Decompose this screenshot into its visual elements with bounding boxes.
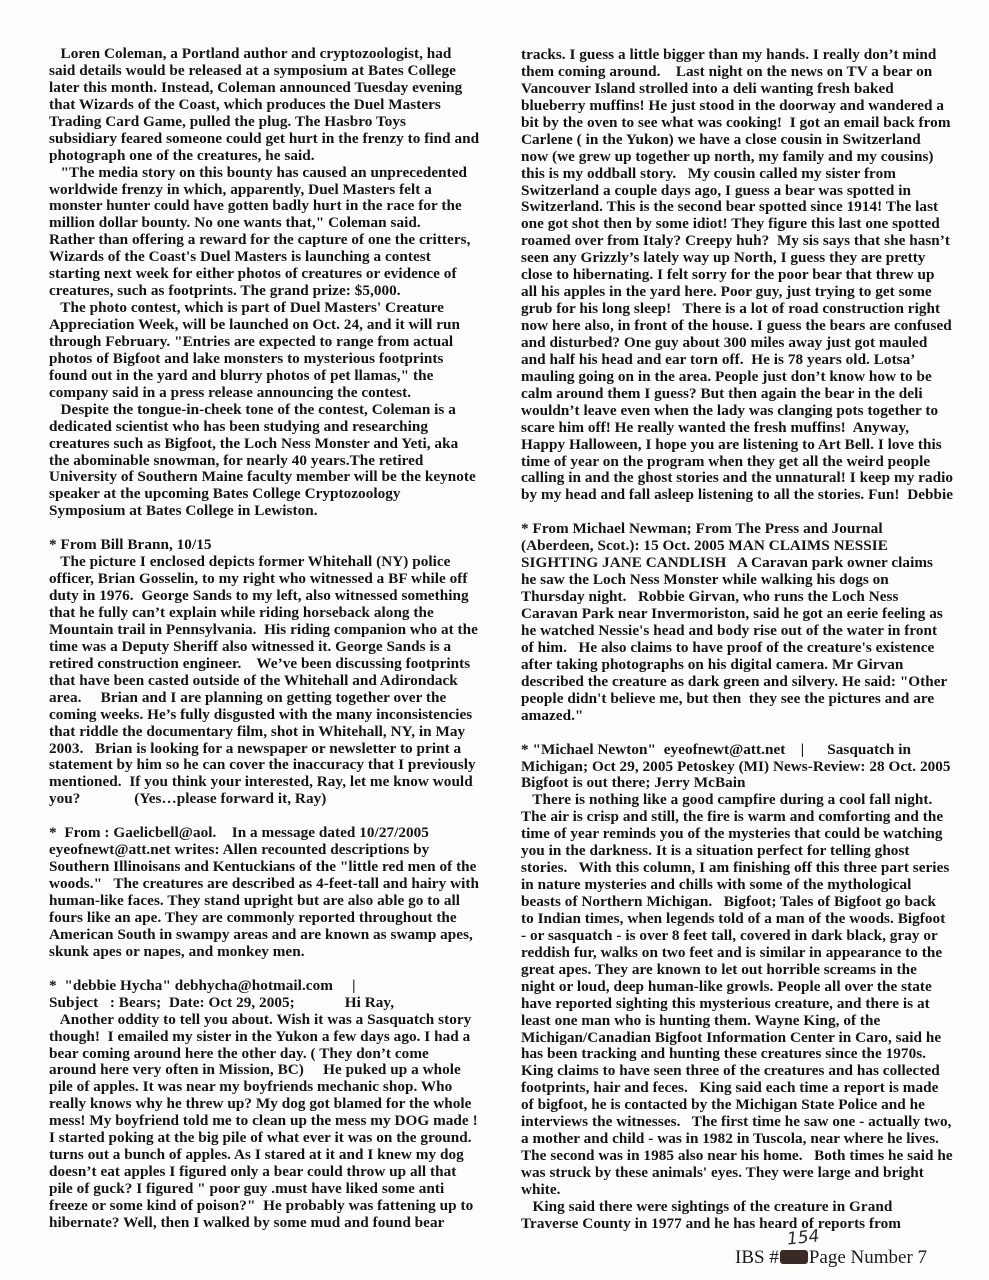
text-line: was struck by these animals' eyes. They … [521, 1165, 961, 1182]
text-line: this is my oddball story. My cousin call… [521, 166, 961, 183]
text-line: them coming around. Last night on the ne… [521, 64, 961, 81]
text-line: a mother and child - was in 1982 in Tusc… [521, 1131, 961, 1148]
text-line: around here very often in Mission, BC) H… [49, 1062, 489, 1079]
paragraph-gap [49, 961, 489, 978]
text-line: close to hibernating. I felt sorry for t… [521, 267, 961, 284]
text-line: seen any Grizzly’s lately way up North, … [521, 250, 961, 267]
right-column: tracks. I guess a little bigger than my … [521, 47, 961, 1233]
text-line: starting next week for either photos of … [49, 266, 489, 283]
text-line: amazed." [521, 708, 961, 725]
text-line: Happy Halloween, I hope you are listenin… [521, 437, 961, 454]
text-line: fours like an ape. They are commonly rep… [49, 910, 489, 927]
text-line: human-like faces. They stand upright but… [49, 893, 489, 910]
text-line: that have been casted outside of the Whi… [49, 673, 489, 690]
text-line: calling in and the ghost stories and the… [521, 470, 961, 487]
text-line: The air is crisp and still, the fire is … [521, 809, 961, 826]
text-line: and half his head and ear torn off. He i… [521, 352, 961, 369]
text-line: freeze or some kind of poison?" He proba… [49, 1198, 489, 1215]
text-line: I started poking at the big pile of what… [49, 1130, 489, 1147]
text-line: King said there were sightings of the cr… [521, 1199, 961, 1216]
redacted-issue-number [780, 1250, 808, 1264]
text-line: footprints, hair and feces. King said ea… [521, 1080, 961, 1097]
text-line: (Aberdeen, Scot.): 15 Oct. 2005 MAN CLAI… [521, 538, 961, 555]
paragraph-gap [49, 520, 489, 537]
text-line: * "Michael Newton" eyeofnewt@att.net | S… [521, 742, 961, 759]
text-line: found out in the yard and blurry photos … [49, 368, 489, 385]
text-line: area. Brian and I are planning on gettin… [49, 690, 489, 707]
text-line: through February. "Entries are expected … [49, 334, 489, 351]
text-line: There is nothing like a good campfire du… [521, 792, 961, 809]
text-line: now here also, in front of the house. I … [521, 318, 961, 335]
text-line: by my head and fall asleep listening to … [521, 487, 961, 504]
text-line: time was a Deputy Sheriff also witnessed… [49, 639, 489, 656]
text-line: duty in 1976. George Sands to my left, a… [49, 588, 489, 605]
text-line: Trading Card Game, pulled the plug. The … [49, 114, 489, 131]
text-line: blueberry muffins! He just stood in the … [521, 98, 961, 115]
text-line: mess! My boyfriend told me to clean up t… [49, 1113, 489, 1130]
text-line: interviews the witnesses. The first time… [521, 1114, 961, 1131]
text-line: woods." The creatures are described as 4… [49, 876, 489, 893]
text-line: Wizards of the Coast's Duel Masters is l… [49, 249, 489, 266]
text-line: * "debbie Hycha" debhycha@hotmail.com | [49, 978, 489, 995]
text-line: time of year reminds you of the mysterie… [521, 826, 961, 843]
text-line: in nature mysteries and chills with some… [521, 877, 961, 894]
footer-prefix: IBS # [735, 1247, 779, 1268]
text-line: white. [521, 1182, 961, 1199]
text-line: hibernate? Well, then I walked by some m… [49, 1215, 489, 1232]
text-line: retired construction engineer. We’ve bee… [49, 656, 489, 673]
text-line: of him. He also claims to have proof of … [521, 640, 961, 657]
text-line: mentioned. If you think your interested,… [49, 774, 489, 791]
text-line: all his apples in the yard here. Poor gu… [521, 284, 961, 301]
text-line: The picture I enclosed depicts former Wh… [49, 554, 489, 571]
newsletter-page: Loren Coleman, a Portland author and cry… [0, 0, 989, 1280]
text-line: creatures such as Bigfoot, the Loch Ness… [49, 436, 489, 453]
text-line: bear coming around here the other day. (… [49, 1046, 489, 1063]
text-line: The second was in 1985 also near his hom… [521, 1148, 961, 1165]
text-line: one got shot then by some idiot! They fi… [521, 216, 961, 233]
text-line: Symposium at Bates College in Lewiston. [49, 503, 489, 520]
paragraph-gap [521, 725, 961, 742]
text-line: worldwide frenzy in which, apparently, D… [49, 182, 489, 199]
text-line: after taking photographs on his digital … [521, 657, 961, 674]
text-line: Appreciation Week, will be launched on O… [49, 317, 489, 334]
text-line: statement by him so he can cover the ina… [49, 757, 489, 774]
text-line: described the creature as dark green and… [521, 674, 961, 691]
text-line: Switzerland. This is the second bear spo… [521, 199, 961, 216]
text-line: Mountain trail in Pennsylvania. His ridi… [49, 622, 489, 639]
text-line: people didn't believe me, but then they … [521, 691, 961, 708]
text-line: really knows why he threw up? My dog got… [49, 1096, 489, 1113]
text-line: speaker at the upcoming Bates College Cr… [49, 486, 489, 503]
text-line: Switzerland a couple days ago, I guess a… [521, 183, 961, 200]
text-line: though! I emailed my sister in the Yukon… [49, 1029, 489, 1046]
text-line: he saw the Loch Ness Monster while walki… [521, 572, 961, 589]
text-line: Vancouver Island strolled into a deli wa… [521, 81, 961, 98]
text-line: he watched Nessie's head and body rise o… [521, 623, 961, 640]
text-line: Another oddity to tell you about. Wish i… [49, 1012, 489, 1029]
text-line: the abominable snowman, for nearly 40 ye… [49, 453, 489, 470]
text-line: American South in swampy areas and are k… [49, 927, 489, 944]
text-line: wouldn’t leave even when the lady was cl… [521, 403, 961, 420]
paragraph-gap [49, 808, 489, 825]
text-line: least one man who is hunting them. Wayne… [521, 1013, 961, 1030]
text-line: The photo contest, which is part of Duel… [49, 300, 489, 317]
text-line: dedicated scientist who has been studyin… [49, 419, 489, 436]
text-line: 2003. Brian is looking for a newspaper o… [49, 741, 489, 758]
text-line: - or sasquatch - is over 8 feet tall, co… [521, 928, 961, 945]
text-line: stories. With this column, I am finishin… [521, 860, 961, 877]
text-line: time of year on the program when they ge… [521, 454, 961, 471]
text-line: Rather than offering a reward for the ca… [49, 232, 489, 249]
text-line: that he fully can’t explain while riding… [49, 605, 489, 622]
text-line: you? (Yes…please forward it, Ray) [49, 791, 489, 808]
text-line: Michigan/Canadian Bigfoot Information Ce… [521, 1030, 961, 1047]
text-line: mauling going on in the area. People jus… [521, 369, 961, 386]
text-line: Bigfoot is out there; Jerry McBain [521, 775, 961, 792]
text-line: to Indian times, when legends told of a … [521, 911, 961, 928]
paragraph-gap [521, 504, 961, 521]
text-line: Loren Coleman, a Portland author and cry… [49, 46, 489, 63]
text-line: photos of Bigfoot and lake monsters to m… [49, 351, 489, 368]
text-line: Thursday night. Robbie Girvan, who runs … [521, 589, 961, 606]
text-line: pile of apples. It was near my boyfriend… [49, 1079, 489, 1096]
text-line: University of Southern Maine faculty mem… [49, 469, 489, 486]
text-line: now (we grew up together up north, my fa… [521, 149, 961, 166]
text-line: Carlene ( in the Yukon) we have a close … [521, 132, 961, 149]
text-line: tracks. I guess a little bigger than my … [521, 47, 961, 64]
text-line: that Wizards of the Coast, which produce… [49, 97, 489, 114]
text-line: company said in a press release announci… [49, 385, 489, 402]
left-column: Loren Coleman, a Portland author and cry… [49, 46, 489, 1232]
text-line: Despite the tongue-in-cheek tone of the … [49, 402, 489, 419]
text-line: Subject : Bears; Date: Oct 29, 2005; Hi … [49, 995, 489, 1012]
text-line: said details would be released at a symp… [49, 63, 489, 80]
text-line: * From Bill Brann, 10/15 [49, 537, 489, 554]
text-line: SIGHTING JANE CANDLISH A Caravan park ow… [521, 555, 961, 572]
text-line: million dollar bounty. No one wants that… [49, 215, 489, 232]
text-line: creatures, such as footprints. The grand… [49, 283, 489, 300]
text-line: calm around them I guess? But then again… [521, 386, 961, 403]
text-line: have reported sighting this mysterious c… [521, 996, 961, 1013]
text-line: great apes. They are known to let out ho… [521, 962, 961, 979]
text-line: grub for his long sleep! There is a lot … [521, 301, 961, 318]
text-line: night or loud, deep human-like growls. P… [521, 979, 961, 996]
text-line: later this month. Instead, Coleman annou… [49, 80, 489, 97]
text-line: eyeofnewt@att.net writes: Allen recounte… [49, 842, 489, 859]
text-line: skunk apes or napes, and monkey men. [49, 944, 489, 961]
text-line: subsidiary feared someone could get hurt… [49, 131, 489, 148]
text-line: King claims to have seen three of the cr… [521, 1063, 961, 1080]
text-line: coming weeks. He’s fully disgusted with … [49, 707, 489, 724]
footer-page-label: Page Number 7 [809, 1247, 927, 1268]
text-line: reddish fur, walks on two feet and is si… [521, 945, 961, 962]
page-footer: IBS #Page Number 7 [735, 1247, 927, 1269]
text-line: photograph one of the creatures, he said… [49, 148, 489, 165]
text-line: scare him off! He really wanted the fres… [521, 420, 961, 437]
text-line: that riddle the documentary film, shot i… [49, 724, 489, 741]
text-line: * From : Gaelicbell@aol. In a message da… [49, 825, 489, 842]
text-line: bit by the oven to see what was cooking!… [521, 115, 961, 132]
text-line: Traverse County in 1977 and he has heard… [521, 1216, 961, 1233]
text-line: officer, Brian Gosselin, to my right who… [49, 571, 489, 588]
text-line: "The media story on this bounty has caus… [49, 165, 489, 182]
text-line: has been tracking and hunting these crea… [521, 1046, 961, 1063]
text-line: Southern Illinoisans and Kentuckians of … [49, 859, 489, 876]
text-line: monster hunter could have gotten badly h… [49, 198, 489, 215]
text-line: * From Michael Newman; From The Press an… [521, 521, 961, 538]
text-line: and disturbed? One guy about 300 miles a… [521, 335, 961, 352]
text-line: roamed over from Italy? Creepy huh? My s… [521, 233, 961, 250]
text-line: of bigfoot, he is contacted by the Michi… [521, 1097, 961, 1114]
text-line: Caravan Park near Invermoriston, said he… [521, 606, 961, 623]
text-line: doesn’t eat apples I figured only a bear… [49, 1164, 489, 1181]
text-line: beasts of Northern Michigan. Bigfoot; Ta… [521, 894, 961, 911]
text-line: Michigan; Oct 29, 2005 Petoskey (MI) New… [521, 759, 961, 776]
text-line: you in the darkness. It is a situation p… [521, 843, 961, 860]
text-line: turns out a bunch of apples. As I stared… [49, 1147, 489, 1164]
text-line: pile of guck? I figured " poor guy .must… [49, 1181, 489, 1198]
